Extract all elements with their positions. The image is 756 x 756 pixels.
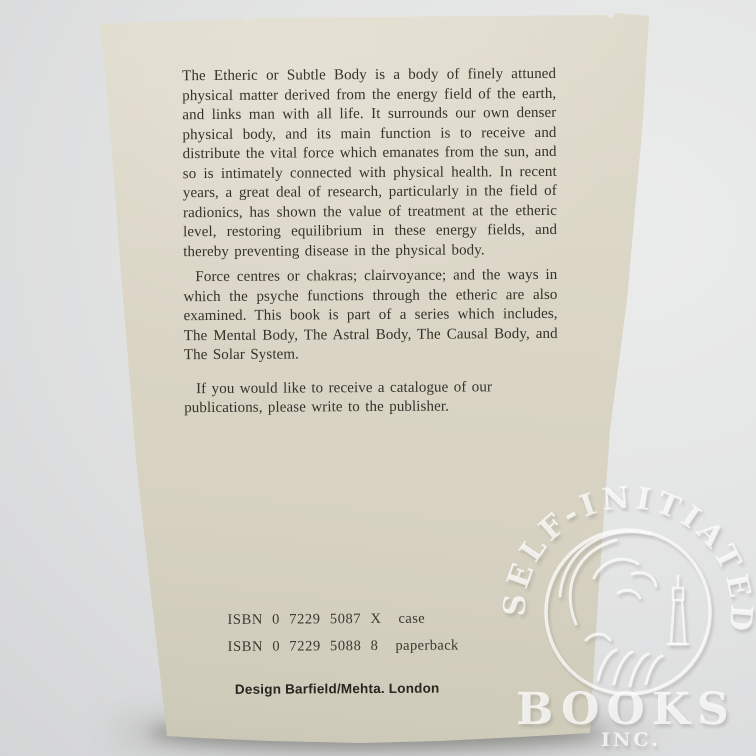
- waves-icon: [598, 650, 662, 686]
- lighthouse-icon: [668, 576, 688, 644]
- isbn-binding-type: case: [398, 611, 425, 627]
- blurb-paragraph-1: The Etheric or Subtle Body is a body of …: [182, 65, 557, 262]
- isbn-code: ISBN 0 7229 5087 X: [227, 611, 381, 628]
- isbn-binding-type: paperback: [395, 638, 458, 654]
- back-cover-content: The Etheric or Subtle Body is a body of …: [0, 0, 756, 756]
- book-back-cover: The Etheric or Subtle Body is a body of …: [0, 0, 756, 756]
- isbn-code: ISBN 0 7229 5088 8: [228, 638, 379, 655]
- isbn-block: ISBN 0 7229 5087 Xcase ISBN 0 7229 5088 …: [227, 606, 458, 661]
- catalogue-note: If you would like to receive a catalogue…: [184, 377, 558, 418]
- book-photo: The Etheric or Subtle Body is a body of …: [0, 0, 756, 756]
- design-credit: Design Barfield/Mehta. London: [235, 681, 440, 697]
- isbn-line-case: ISBN 0 7229 5087 Xcase: [227, 606, 458, 634]
- back-cover-blurb: The Etheric or Subtle Body is a body of …: [182, 65, 558, 419]
- isbn-line-paperback: ISBN 0 7229 5088 8paperback: [228, 633, 459, 661]
- blurb-paragraph-2: Force centres or chakras; clairvoyance; …: [183, 266, 558, 366]
